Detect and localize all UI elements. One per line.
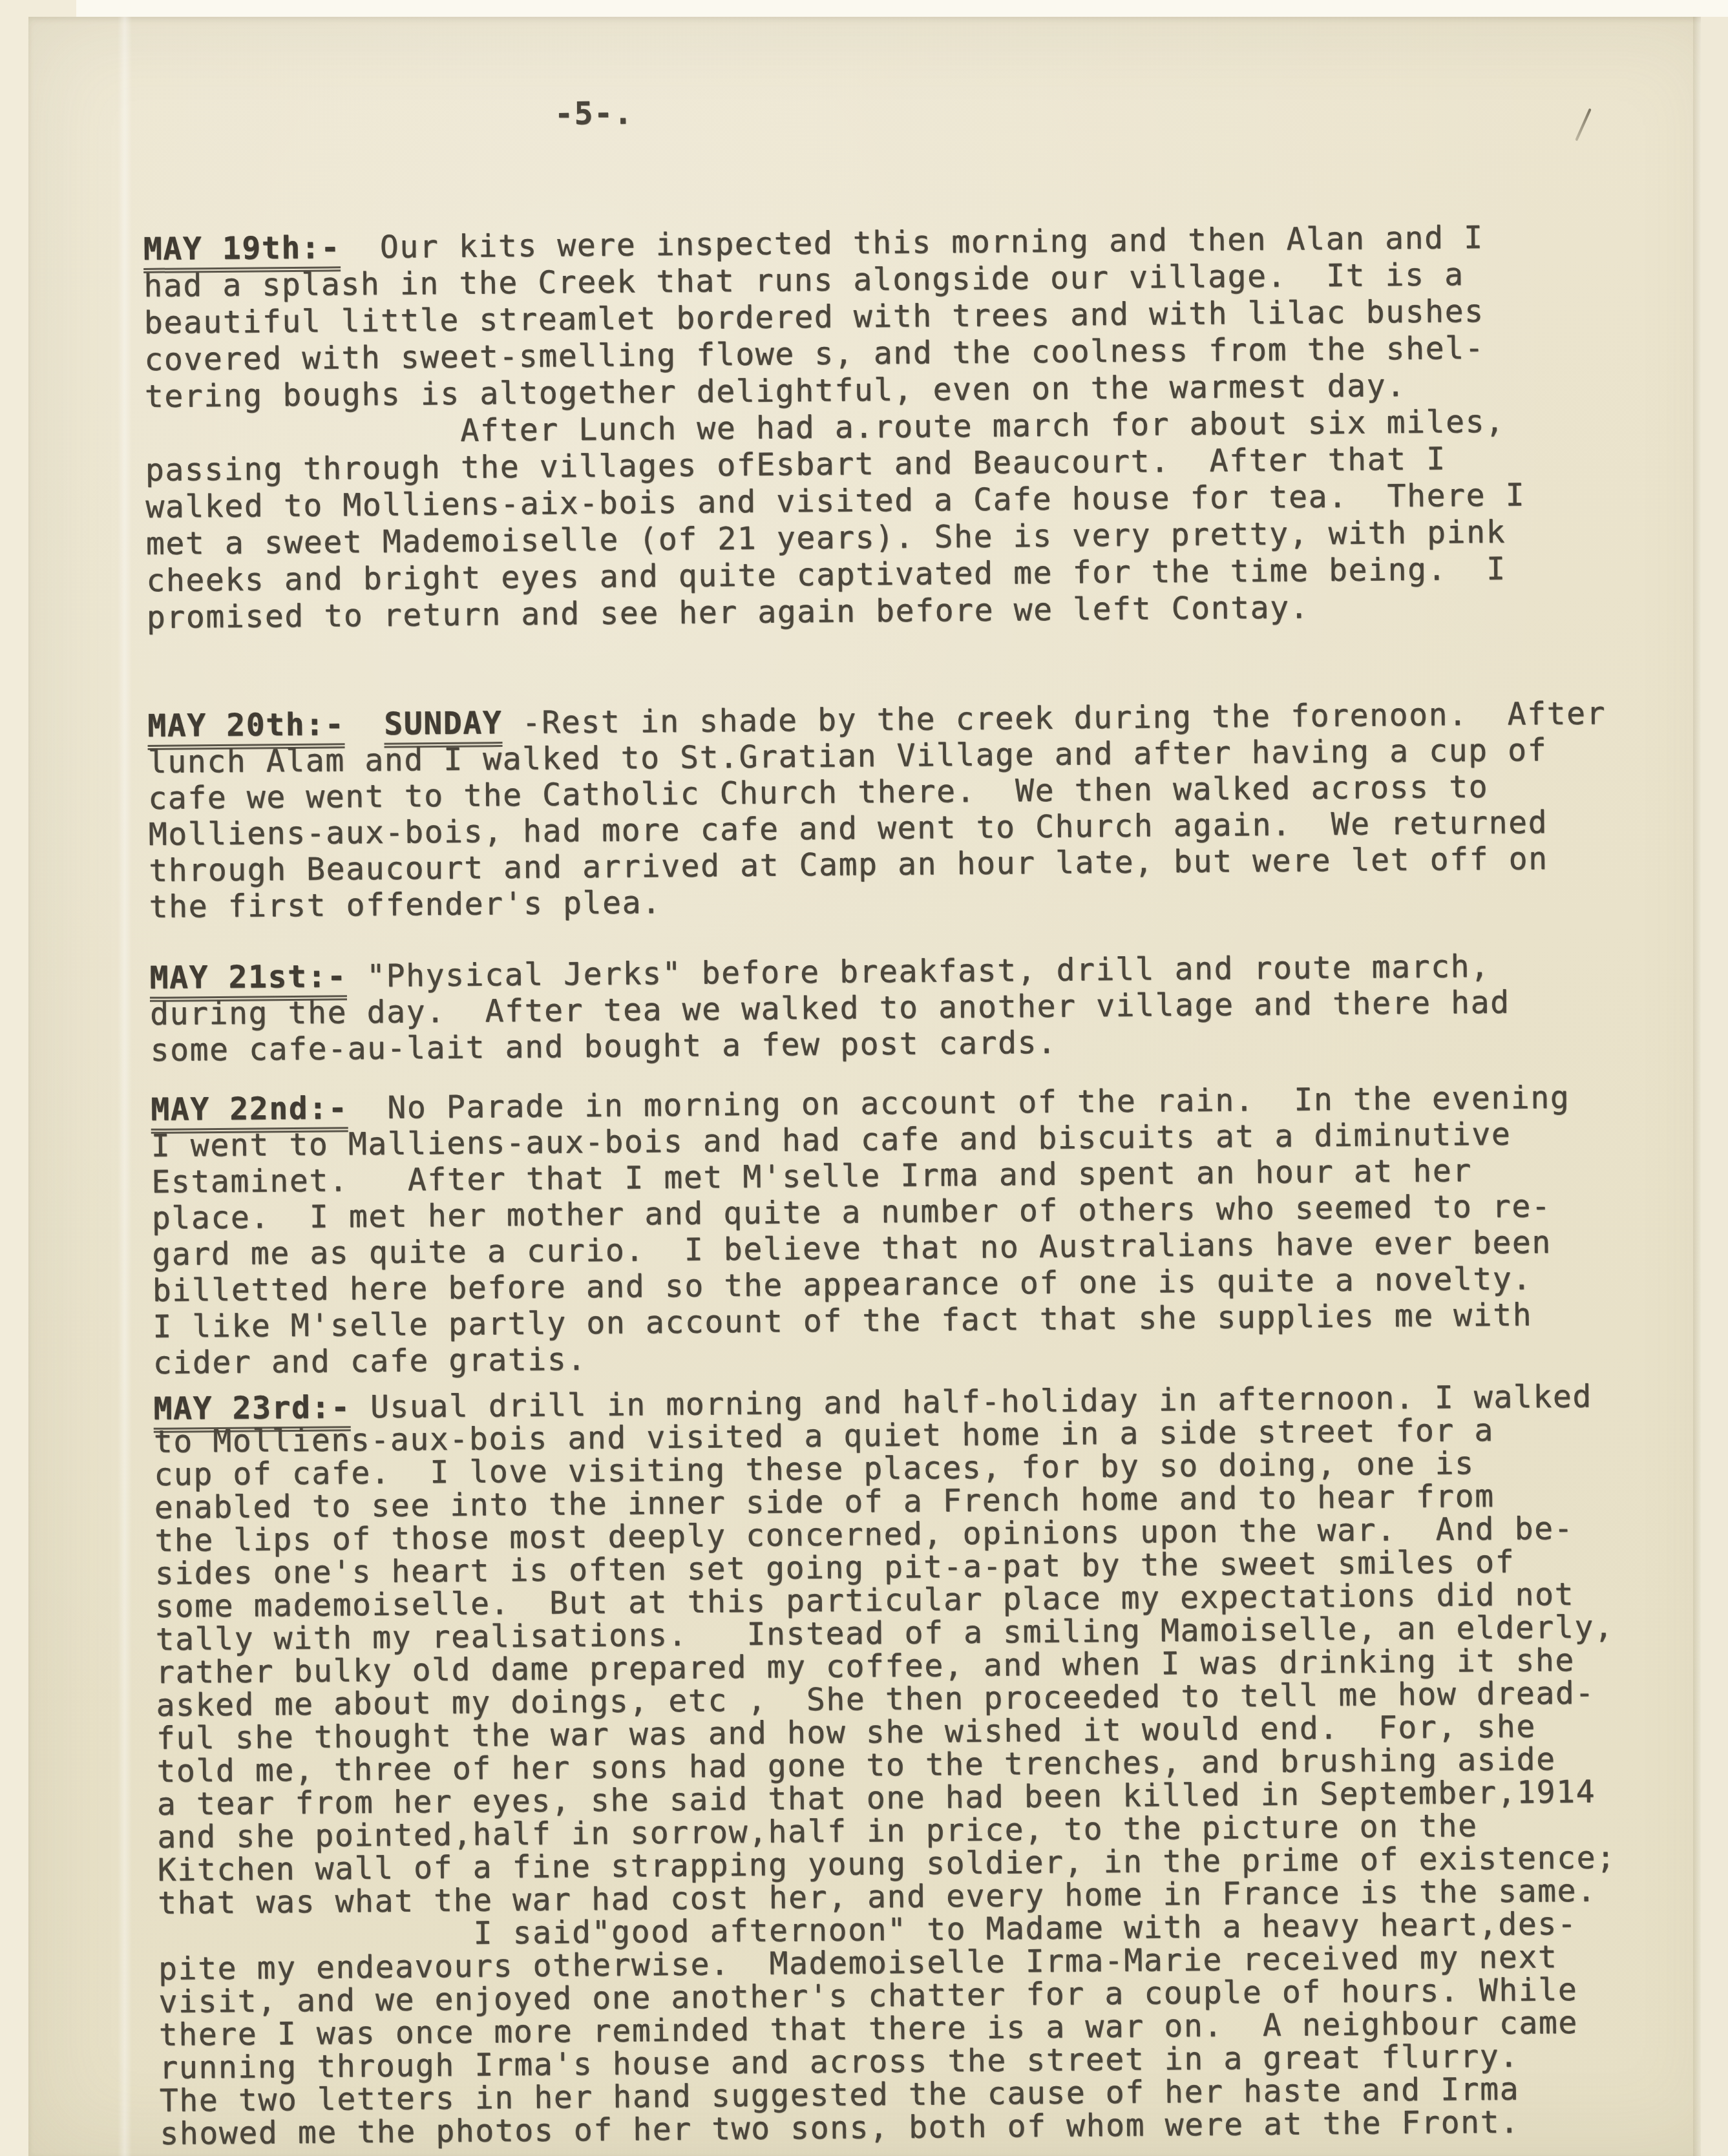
- diary-entry-may-19: MAY 19th:- Our kits were inspected this …: [143, 219, 1526, 636]
- diary-entry-may-20: MAY 20th:- SUNDAY -Rest in shade by the …: [147, 695, 1608, 925]
- page-number: -5-.: [554, 95, 633, 132]
- diary-entry-may-23: MAY 23rd:- Usual drill in morning and ha…: [153, 1380, 1618, 2151]
- typed-text-layer: -5-. MAY 19th:- Our kits were inspected …: [0, 0, 1728, 2156]
- entry-text-segment: [344, 706, 384, 743]
- diary-entry-may-22: MAY 22nd:- No Parade in morning on accou…: [151, 1080, 1572, 1381]
- diary-entry-may-21: MAY 21st:- "Physical Jerks" before break…: [149, 948, 1510, 1069]
